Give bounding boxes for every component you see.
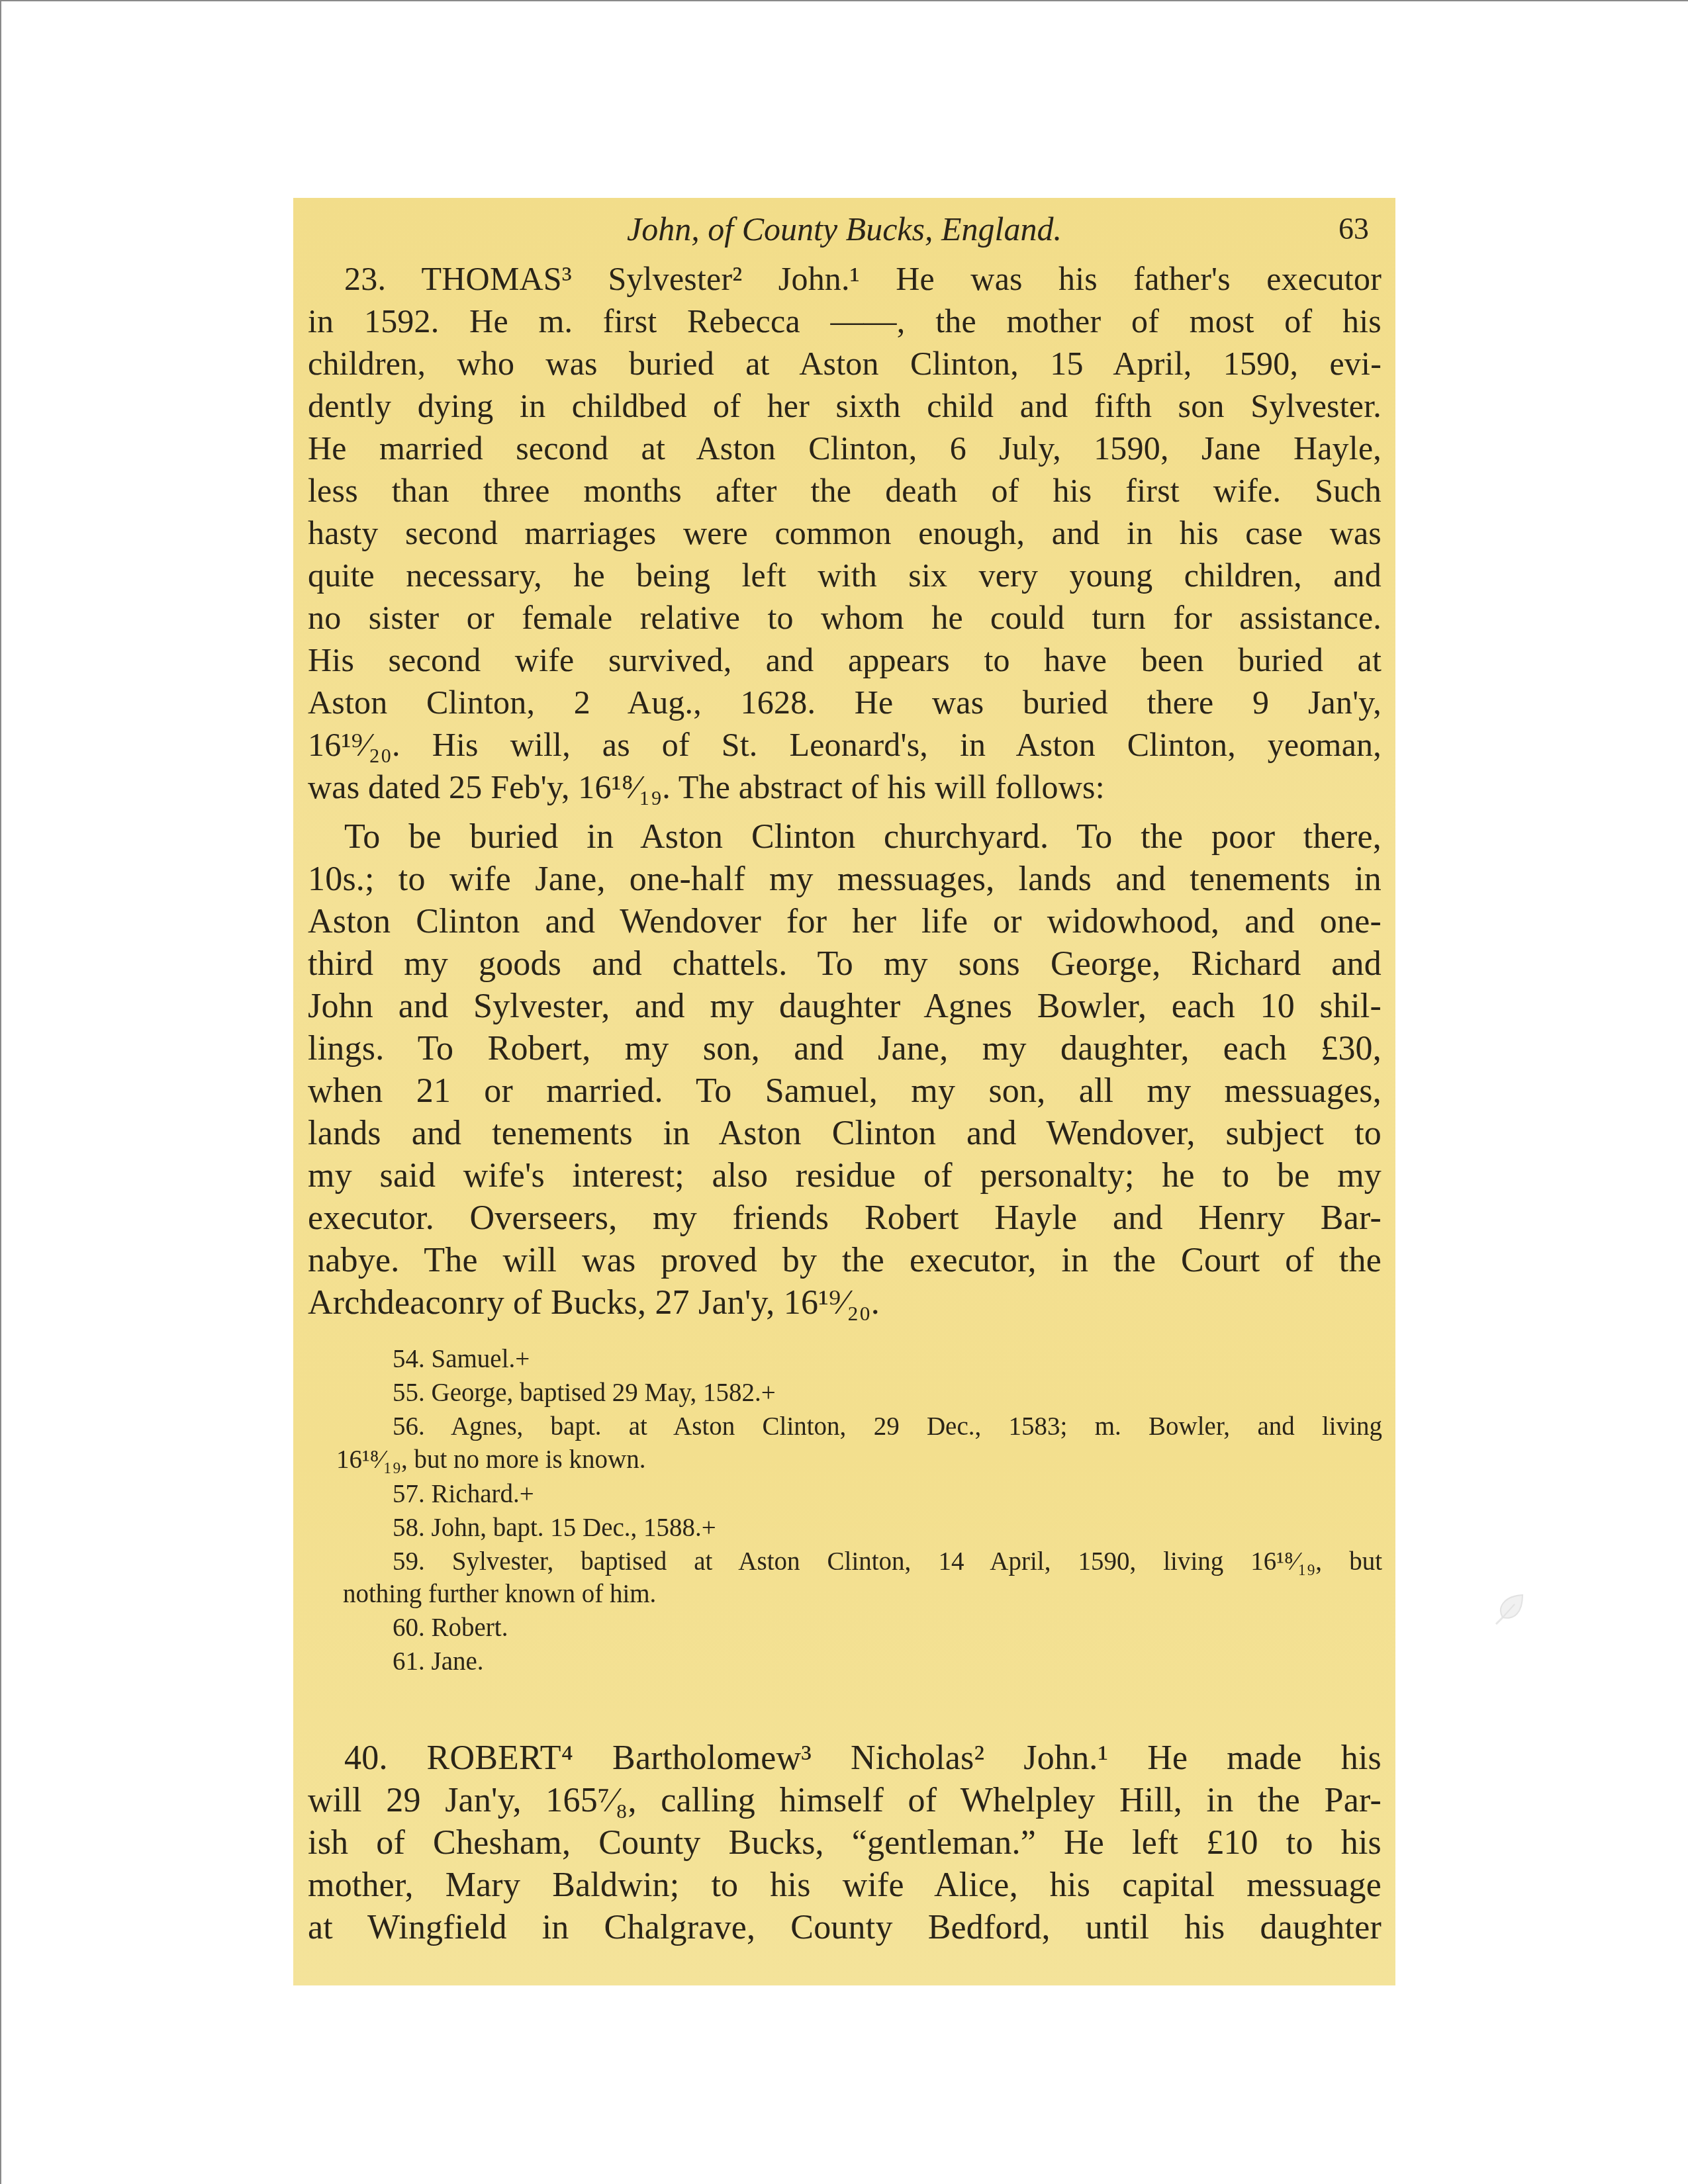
text-line: dently dying in childbed of her sixth ch… [308,386,1382,426]
list-item-child-57: 57. Richard.+ [393,1479,1382,1510]
text-line: 10s.; to wife Jane, one-half my messuage… [308,860,1382,899]
text-line: To be buried in Aston Clinton churchyard… [308,817,1382,857]
text-line: He married second at Aston Clinton, 6 Ju… [308,428,1382,468]
list-item-child-56-cont: 16¹⁸⁄₁₉, but no more is known. [336,1444,1379,1476]
viewer-frame-top [0,0,1688,1]
list-item-child-55: 55. George, baptised 29 May, 1582.+ [393,1377,1382,1409]
list-item-child-54: 54. Samuel.+ [393,1343,1382,1375]
running-header: John, of County Bucks, England. 63 [293,206,1395,252]
running-title: John, of County Bucks, England. [293,206,1395,252]
text-line: will 29 Jan'y, 165⁷⁄₈, calling himself o… [308,1781,1382,1821]
scanned-page: John, of County Bucks, England. 63 23. T… [293,198,1395,1985]
text-line: children, who was buried at Aston Clinto… [308,343,1382,383]
text-line: His second wife survived, and appears to… [308,640,1382,680]
text-line: in 1592. He m. first Rebecca ——, the mot… [308,301,1382,341]
text-line: third my goods and chattels. To my sons … [308,944,1382,984]
text-line: nabye. The will was proved by the execut… [308,1241,1382,1281]
list-item-child-56: 56. Agnes, bapt. at Aston Clinton, 29 De… [393,1411,1382,1443]
leaf-icon[interactable] [1488,1588,1528,1628]
list-item-child-59: 59. Sylvester, baptised at Aston Clinton… [393,1546,1382,1578]
text-line: Aston Clinton and Wendover for her life … [308,902,1382,942]
text-line: when 21 or married. To Samuel, my son, a… [308,1071,1382,1111]
text-line: 23. THOMAS³ Sylvester² John.¹ He was his… [308,259,1382,298]
text-line: less than three months after the death o… [308,471,1382,510]
text-line: John and Sylvester, and my daughter Agne… [308,987,1382,1026]
text-line: was dated 25 Feb'y, 16¹⁸⁄₁₉. The abstrac… [308,767,1382,807]
list-item-child-59-cont: nothing further known of him. [343,1578,1385,1610]
text-line: executor. Overseers, my friends Robert H… [308,1199,1382,1238]
page-number: 63 [1338,206,1369,252]
text-line: Archdeaconry of Bucks, 27 Jan'y, 16¹⁹⁄₂₀… [308,1283,1382,1323]
text-line: 16¹⁹⁄₂₀. His will, as of St. Leonard's, … [308,725,1382,764]
text-line: lings. To Robert, my son, and Jane, my d… [308,1029,1382,1069]
text-line: hasty second marriages were common enoug… [308,513,1382,553]
viewer-frame-left [0,0,1,2184]
text-line: 40. ROBERT⁴ Bartholomew³ Nicholas² John.… [308,1739,1382,1778]
list-item-child-61: 61. Jane. [393,1646,1382,1678]
text-line: quite necessary, he being left with six … [308,555,1382,595]
text-line: no sister or female relative to whom he … [308,598,1382,637]
list-item-child-58: 58. John, bapt. 15 Dec., 1588.+ [393,1512,1382,1544]
text-line: my said wife's interest; also residue of… [308,1156,1382,1196]
text-line: at Wingfield in Chalgrave, County Bedfor… [308,1908,1382,1948]
text-line: mother, Mary Baldwin; to his wife Alice,… [308,1866,1382,1905]
list-item-child-60: 60. Robert. [393,1612,1382,1644]
text-line: lands and tenements in Aston Clinton and… [308,1114,1382,1154]
text-line: Aston Clinton, 2 Aug., 1628. He was buri… [308,682,1382,722]
text-line: ish of Chesham, County Bucks, “gentleman… [308,1823,1382,1863]
